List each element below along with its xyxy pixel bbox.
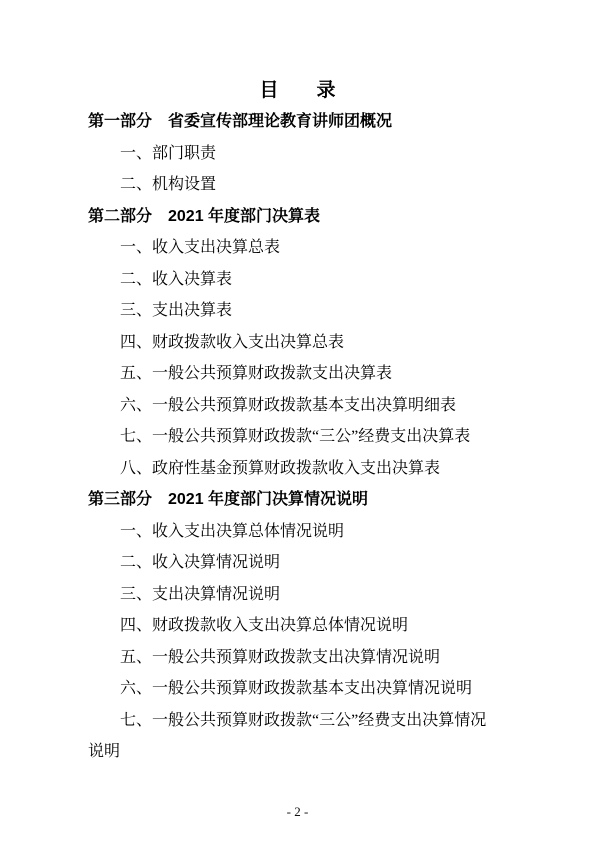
toc-title: 目 录 [88,76,507,106]
toc-item: 三、支出决算情况说明 [88,579,507,611]
toc-item-wrapped-line-1: 七、一般公共预算财政拨款“三公”经费支出决算情况 [88,705,507,737]
document-page: 目 录 第一部分 省委宣传部理论教育讲师团概况 一、部门职责 二、机构设置 第二… [0,0,595,851]
table-of-contents: 目 录 第一部分 省委宣传部理论教育讲师团概况 一、部门职责 二、机构设置 第二… [88,76,507,768]
toc-item: 五、一般公共预算财政拨款支出决算情况说明 [88,642,507,674]
toc-item: 六、一般公共预算财政拨款基本支出决算明细表 [88,390,507,422]
section-2-heading: 第二部分 2021 年度部门决算表 [88,201,507,233]
toc-item: 七、一般公共预算财政拨款“三公”经费支出决算表 [88,421,507,453]
toc-item: 三、支出决算表 [88,295,507,327]
toc-item: 八、政府性基金预算财政拨款收入支出决算表 [88,453,507,485]
toc-item: 二、机构设置 [88,169,507,201]
toc-item: 一、部门职责 [88,138,507,170]
toc-item: 五、一般公共预算财政拨款支出决算表 [88,358,507,390]
toc-item: 二、收入决算情况说明 [88,547,507,579]
toc-item: 四、财政拨款收入支出决算总体情况说明 [88,610,507,642]
section-1-heading: 第一部分 省委宣传部理论教育讲师团概况 [88,106,507,138]
section-3-heading: 第三部分 2021 年度部门决算情况说明 [88,484,507,516]
toc-item: 四、财政拨款收入支出决算总表 [88,327,507,359]
toc-item: 一、收入支出决算总表 [88,232,507,264]
toc-item: 一、收入支出决算总体情况说明 [88,516,507,548]
toc-item: 二、收入决算表 [88,264,507,296]
page-number: - 2 - [0,804,595,820]
toc-item: 六、一般公共预算财政拨款基本支出决算情况说明 [88,673,507,705]
toc-item-wrapped-line-2: 说明 [88,736,507,768]
